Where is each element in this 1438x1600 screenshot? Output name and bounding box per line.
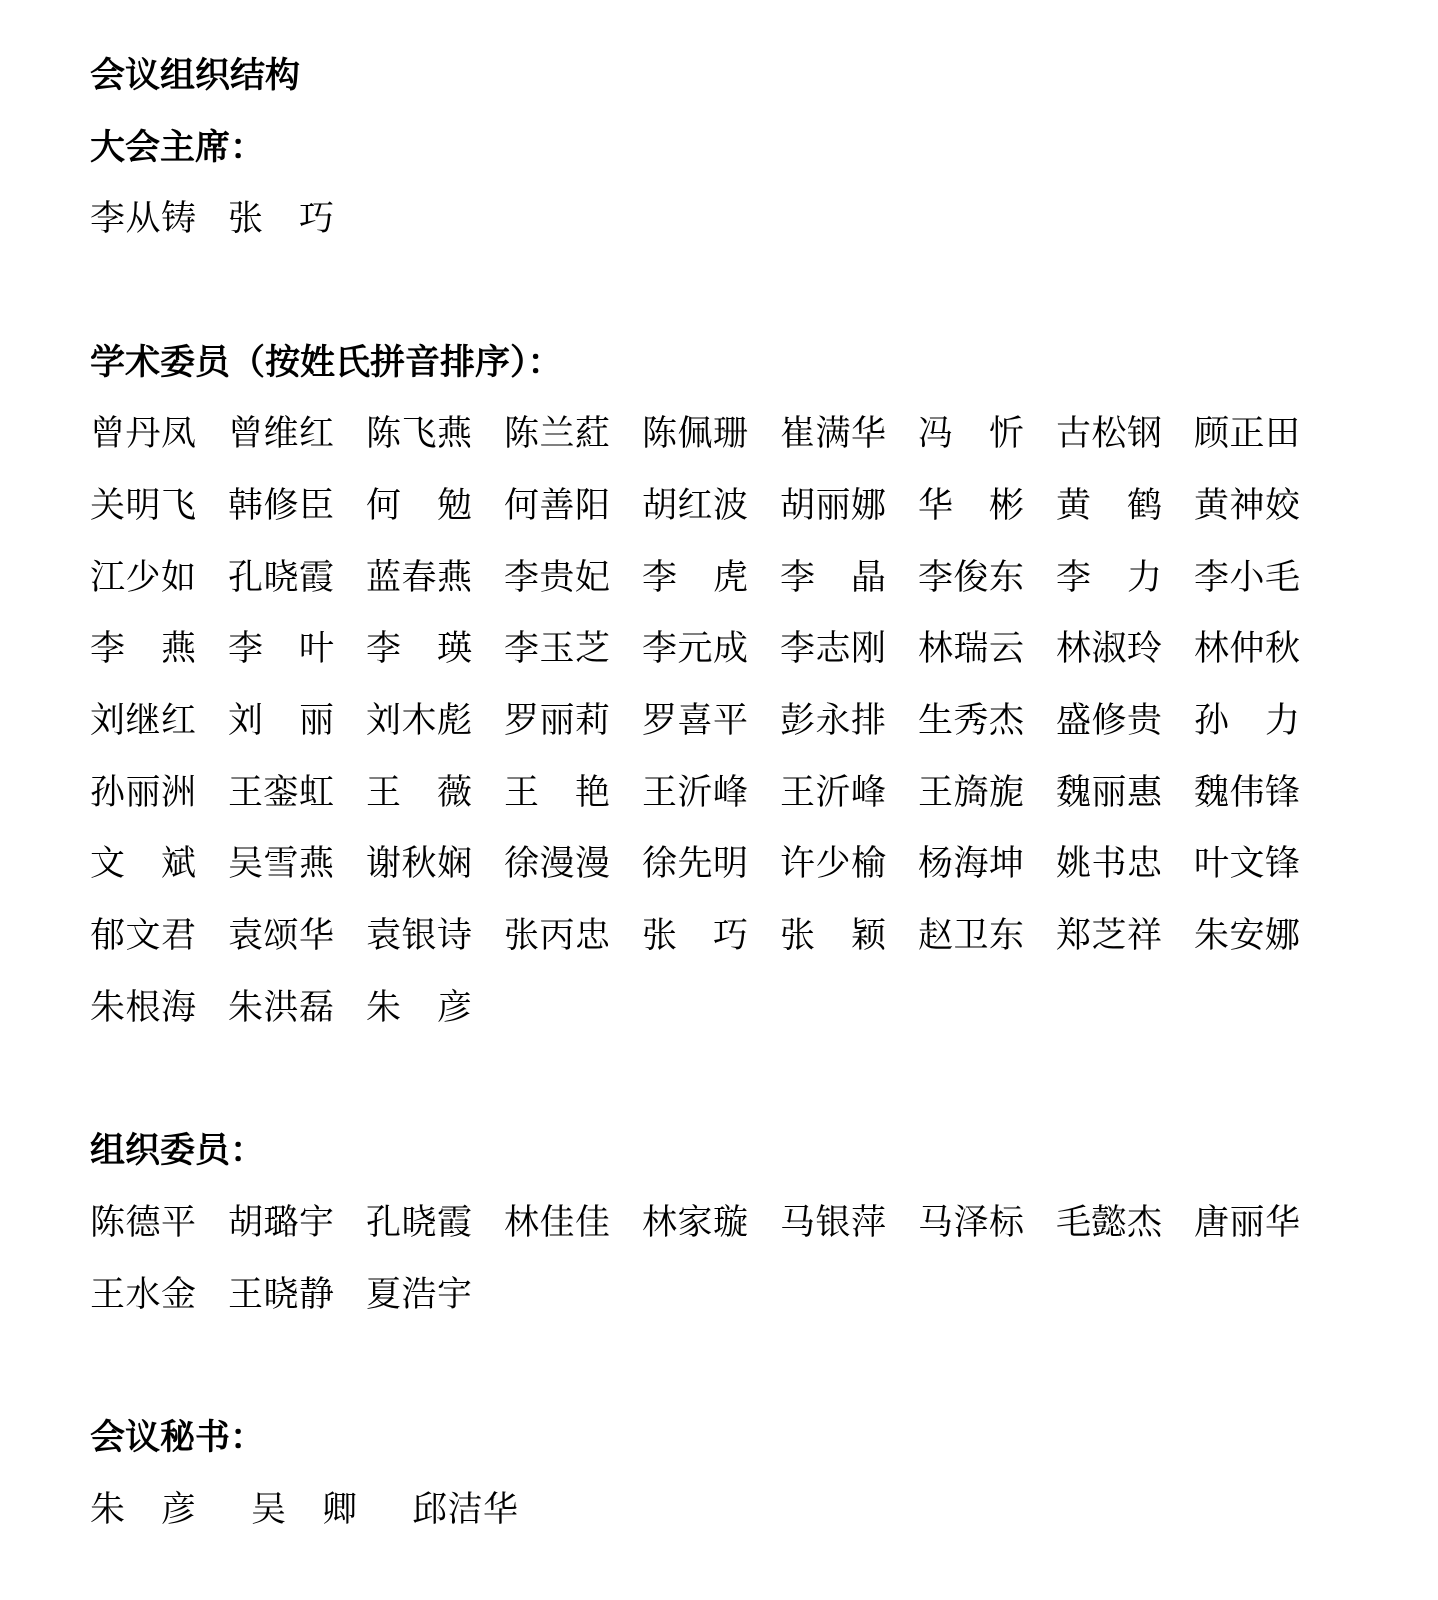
member-name: 马泽标 bbox=[918, 1195, 1024, 1245]
member-name: 黄神姣 bbox=[1194, 478, 1300, 528]
member-name: 姚书忠 bbox=[1056, 836, 1162, 886]
member-name: 马银萍 bbox=[780, 1195, 886, 1245]
member-name: 林家璇 bbox=[642, 1195, 748, 1245]
member-name: 林淑玲 bbox=[1056, 621, 1162, 671]
member-name: 生秀杰 bbox=[918, 693, 1024, 743]
member-name: 郁文君 bbox=[90, 908, 196, 958]
member-name: 魏伟锋 bbox=[1194, 765, 1300, 815]
member-name: 李元成 bbox=[642, 621, 748, 671]
member-name: 盛修贵 bbox=[1056, 693, 1162, 743]
name-row: 孙丽洲王銮虹王 薇王 艳王沂峰王沂峰王旖旎魏丽惠魏伟锋 bbox=[90, 754, 1338, 826]
member-name: 韩修臣 bbox=[228, 478, 334, 528]
member-name: 刘 丽 bbox=[228, 693, 334, 743]
member-name: 胡璐宇 bbox=[228, 1195, 334, 1245]
member-name: 李 燕 bbox=[90, 621, 196, 671]
name-row: 江少如孔晓霞蓝春燕李贵妃李 虎李 晶李俊东李 力李小毛 bbox=[90, 539, 1338, 611]
member-name: 吴雪燕 bbox=[228, 836, 334, 886]
member-name: 李贵妃 bbox=[504, 550, 610, 600]
member-name: 李玉芝 bbox=[504, 621, 610, 671]
member-name: 孙丽洲 bbox=[90, 765, 196, 815]
section-heading-conference-secretaries: 会议秘书： bbox=[90, 1399, 1338, 1471]
member-name: 袁颂华 bbox=[228, 908, 334, 958]
member-name: 毛懿杰 bbox=[1056, 1195, 1162, 1245]
member-name: 朱 彦 bbox=[90, 1482, 196, 1532]
section-heading-academic-committee: 学术委员（按姓氏拼音排序）： bbox=[90, 324, 1338, 396]
section-conference-secretaries: 会议秘书：朱 彦吴 卿邱洁华 bbox=[90, 1399, 1338, 1542]
member-name: 李小毛 bbox=[1194, 550, 1300, 600]
member-name: 袁银诗 bbox=[366, 908, 472, 958]
member-name: 林瑞云 bbox=[918, 621, 1024, 671]
document-page: 会议组织结构 大会主席：李从铸张 巧学术委员（按姓氏拼音排序）：曾丹凤曾维红陈飞… bbox=[0, 0, 1438, 1600]
name-row: 关明飞韩修臣何 勉何善阳胡红波胡丽娜华 彬黄 鹤黄神姣 bbox=[90, 467, 1338, 539]
member-name: 吴 卿 bbox=[251, 1482, 357, 1532]
member-name: 叶文锋 bbox=[1194, 836, 1300, 886]
section-heading-organizing-committee: 组织委员： bbox=[90, 1112, 1338, 1184]
member-name: 华 彬 bbox=[918, 478, 1024, 528]
member-name: 孙 力 bbox=[1194, 693, 1300, 743]
section-organizing-committee: 组织委员：陈德平胡璐宇孔晓霞林佳佳林家璇马银萍马泽标毛懿杰唐丽华王水金王晓静夏浩… bbox=[90, 1112, 1338, 1327]
member-name: 朱洪磊 bbox=[228, 980, 334, 1030]
member-name: 黄 鹤 bbox=[1056, 478, 1162, 528]
member-name: 何善阳 bbox=[504, 478, 610, 528]
member-name: 林仲秋 bbox=[1194, 621, 1300, 671]
member-name: 李从铸 bbox=[90, 191, 196, 241]
member-name: 李俊东 bbox=[918, 550, 1024, 600]
member-name: 罗喜平 bbox=[642, 693, 748, 743]
member-name: 王晓静 bbox=[228, 1267, 334, 1317]
member-name: 胡丽娜 bbox=[780, 478, 886, 528]
member-name: 谢秋娴 bbox=[366, 836, 472, 886]
member-name: 冯 忻 bbox=[918, 406, 1024, 456]
member-name: 孔晓霞 bbox=[366, 1195, 472, 1245]
member-name: 王水金 bbox=[90, 1267, 196, 1317]
member-name: 关明飞 bbox=[90, 478, 196, 528]
member-name: 刘继红 bbox=[90, 693, 196, 743]
member-name: 顾正田 bbox=[1194, 406, 1300, 456]
member-name: 朱安娜 bbox=[1194, 908, 1300, 958]
member-name: 张 巧 bbox=[228, 191, 334, 241]
member-name: 王 艳 bbox=[504, 765, 610, 815]
name-row: 陈德平胡璐宇孔晓霞林佳佳林家璇马银萍马泽标毛懿杰唐丽华 bbox=[90, 1184, 1338, 1256]
page-title: 会议组织结构 bbox=[90, 37, 1338, 109]
member-name: 李 晶 bbox=[780, 550, 886, 600]
member-name: 陈兰葒 bbox=[504, 406, 610, 456]
member-name: 彭永排 bbox=[780, 693, 886, 743]
member-name: 魏丽惠 bbox=[1056, 765, 1162, 815]
member-name: 朱 彦 bbox=[366, 980, 472, 1030]
member-name: 赵卫东 bbox=[918, 908, 1024, 958]
member-name: 蓝春燕 bbox=[366, 550, 472, 600]
member-name: 江少如 bbox=[90, 550, 196, 600]
member-name: 李志刚 bbox=[780, 621, 886, 671]
member-name: 孔晓霞 bbox=[228, 550, 334, 600]
member-name: 何 勉 bbox=[366, 478, 472, 528]
member-name: 徐先明 bbox=[642, 836, 748, 886]
member-name: 李 虎 bbox=[642, 550, 748, 600]
member-name: 古松钢 bbox=[1056, 406, 1162, 456]
name-row: 朱 彦吴 卿邱洁华 bbox=[90, 1471, 1338, 1543]
member-name: 张 巧 bbox=[642, 908, 748, 958]
section-conference-chairs: 大会主席：李从铸张 巧 bbox=[90, 109, 1338, 252]
member-name: 胡红波 bbox=[642, 478, 748, 528]
name-row: 李从铸张 巧 bbox=[90, 180, 1338, 252]
member-name: 李 叶 bbox=[228, 621, 334, 671]
member-name: 王 薇 bbox=[366, 765, 472, 815]
section-academic-committee: 学术委员（按姓氏拼音排序）：曾丹凤曾维红陈飞燕陈兰葒陈佩珊崔满华冯 忻古松钢顾正… bbox=[90, 324, 1338, 1041]
member-name: 陈飞燕 bbox=[366, 406, 472, 456]
member-name: 徐漫漫 bbox=[504, 836, 610, 886]
member-name: 王沂峰 bbox=[780, 765, 886, 815]
member-name: 王旖旎 bbox=[918, 765, 1024, 815]
member-name: 林佳佳 bbox=[504, 1195, 610, 1245]
member-name: 邱洁华 bbox=[412, 1482, 518, 1532]
member-name: 张丙忠 bbox=[504, 908, 610, 958]
sections-container: 大会主席：李从铸张 巧学术委员（按姓氏拼音排序）：曾丹凤曾维红陈飞燕陈兰葒陈佩珊… bbox=[90, 109, 1338, 1543]
member-name: 唐丽华 bbox=[1194, 1195, 1300, 1245]
member-name: 曾维红 bbox=[228, 406, 334, 456]
member-name: 崔满华 bbox=[780, 406, 886, 456]
member-name: 郑芝祥 bbox=[1056, 908, 1162, 958]
member-name: 朱根海 bbox=[90, 980, 196, 1030]
name-row: 文 斌吴雪燕谢秋娴徐漫漫徐先明许少榆杨海坤姚书忠叶文锋 bbox=[90, 826, 1338, 898]
member-name: 许少榆 bbox=[780, 836, 886, 886]
member-name: 文 斌 bbox=[90, 836, 196, 886]
member-name: 李 瑛 bbox=[366, 621, 472, 671]
member-name: 张 颖 bbox=[780, 908, 886, 958]
section-heading-conference-chairs: 大会主席： bbox=[90, 109, 1338, 181]
member-name: 杨海坤 bbox=[918, 836, 1024, 886]
name-row: 郁文君袁颂华袁银诗张丙忠张 巧张 颖赵卫东郑芝祥朱安娜 bbox=[90, 897, 1338, 969]
name-row: 朱根海朱洪磊朱 彦 bbox=[90, 969, 1338, 1041]
member-name: 罗丽莉 bbox=[504, 693, 610, 743]
member-name: 夏浩宇 bbox=[366, 1267, 472, 1317]
member-name: 曾丹凤 bbox=[90, 406, 196, 456]
member-name: 陈德平 bbox=[90, 1195, 196, 1245]
member-name: 刘木彪 bbox=[366, 693, 472, 743]
member-name: 王沂峰 bbox=[642, 765, 748, 815]
member-name: 陈佩珊 bbox=[642, 406, 748, 456]
name-row: 李 燕李 叶李 瑛李玉芝李元成李志刚林瑞云林淑玲林仲秋 bbox=[90, 611, 1338, 683]
name-row: 曾丹凤曾维红陈飞燕陈兰葒陈佩珊崔满华冯 忻古松钢顾正田 bbox=[90, 395, 1338, 467]
member-name: 王銮虹 bbox=[228, 765, 334, 815]
name-row: 王水金王晓静夏浩宇 bbox=[90, 1256, 1338, 1328]
member-name: 李 力 bbox=[1056, 550, 1162, 600]
name-row: 刘继红刘 丽刘木彪罗丽莉罗喜平彭永排生秀杰盛修贵孙 力 bbox=[90, 682, 1338, 754]
